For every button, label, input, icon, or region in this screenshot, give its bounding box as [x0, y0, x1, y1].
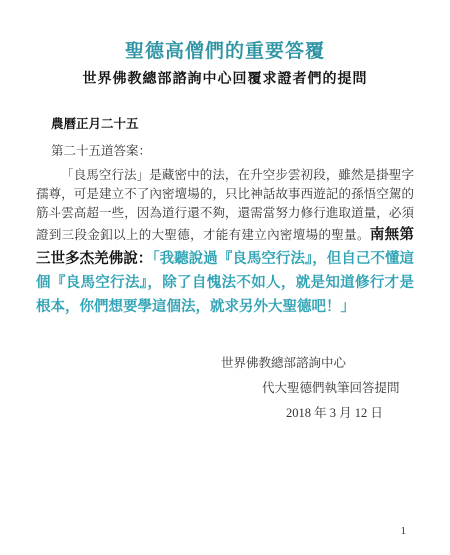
signature-organization: 世界佛教總部諮詢中心 [221, 353, 414, 371]
signature-written-by: 代大聖德們執筆回答提問 [262, 378, 414, 396]
lunar-date-heading: 農曆正月二十五 [51, 114, 414, 132]
answer-body-text: 「良馬空行法」是藏密中的法，在升空步雲初段，雖然是掛聖字孺尊，可是建立不了內密壇… [36, 168, 414, 242]
answer-number-label: 第二十五道答案： [51, 141, 414, 159]
document-title: 聖德高僧們的重要答覆 [0, 36, 450, 63]
answer-paragraph: 「良馬空行法」是藏密中的法，在升空步雲初段，雖然是掛聖字孺尊，可是建立不了內密壇… [36, 166, 414, 319]
document-subtitle: 世界佛教總部諮詢中心回覆求證者們的提問 [0, 68, 450, 88]
document-body: 農曆正月二十五 第二十五道答案： 「良馬空行法」是藏密中的法，在升空步雲初段，雖… [0, 114, 450, 421]
page-number: 1 [401, 525, 407, 537]
signature-block: 世界佛教總部諮詢中心 代大聖德們執筆回答提問 2018 年 3 月 12 日 [36, 353, 414, 421]
document-page: 聖德高僧們的重要答覆 世界佛教總部諮詢中心回覆求證者們的提問 農曆正月二十五 第… [0, 0, 450, 555]
signature-date: 2018 年 3 月 12 日 [286, 403, 414, 421]
